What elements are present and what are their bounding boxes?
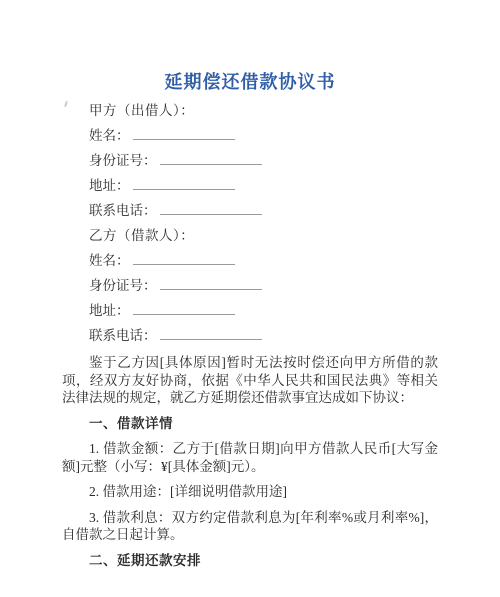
- party-b-id-row: 身份证号：: [62, 273, 438, 298]
- loan-agreement-page: 延期偿还借款协议书 甲方（出借人）： 姓名： 身份证号： 地址： 联系电话： 乙…: [0, 0, 500, 597]
- party-a-heading: 甲方（出借人）：: [62, 98, 438, 123]
- party-b-phone-row: 联系电话：: [62, 323, 438, 348]
- phone-blank-line: [160, 202, 262, 215]
- id-number-label: 身份证号：: [89, 278, 157, 293]
- id-number-blank-line: [160, 152, 262, 165]
- phone-blank-line: [160, 327, 262, 340]
- name-label: 姓名：: [89, 253, 130, 268]
- name-blank-line: [133, 252, 235, 265]
- preamble-paragraph: 鉴于乙方因[具体原因]暂时无法按时偿还向甲方所借的款项，经双方友好协商，依据《中…: [62, 354, 438, 407]
- address-label: 地址：: [89, 303, 130, 318]
- id-number-blank-line: [160, 277, 262, 290]
- id-number-label: 身份证号：: [89, 153, 157, 168]
- party-a-id-row: 身份证号：: [62, 148, 438, 173]
- phone-label: 联系电话：: [89, 328, 157, 343]
- loan-interest-clause: 3. 借款利息：双方约定借款利息为[年利率%或月利率%]，自借款之日起计算。: [62, 509, 438, 544]
- address-blank-line: [133, 302, 235, 315]
- phone-label: 联系电话：: [89, 203, 157, 218]
- loan-amount-clause: 1. 借款金额：乙方于[借款日期]向甲方借款人民币[大写金额]元整（小写：¥[具…: [62, 440, 438, 475]
- address-blank-line: [133, 177, 235, 190]
- section-2-heading: 二、延期还款安排: [62, 552, 438, 570]
- name-blank-line: [133, 127, 235, 140]
- party-a-address-row: 地址：: [62, 173, 438, 198]
- party-b-heading: 乙方（借款人）：: [62, 223, 438, 248]
- section-1-heading: 一、借款详情: [62, 415, 438, 433]
- document-content: 延期偿还借款协议书 甲方（出借人）： 姓名： 身份证号： 地址： 联系电话： 乙…: [62, 72, 438, 569]
- document-title: 延期偿还借款协议书: [62, 72, 438, 93]
- address-label: 地址：: [89, 178, 130, 193]
- name-label: 姓名：: [89, 128, 130, 143]
- party-b-name-row: 姓名：: [62, 248, 438, 273]
- party-a-name-row: 姓名：: [62, 123, 438, 148]
- party-b-address-row: 地址：: [62, 298, 438, 323]
- party-a-phone-row: 联系电话：: [62, 198, 438, 223]
- loan-purpose-clause: 2. 借款用途：[详细说明借款用途]: [62, 483, 438, 501]
